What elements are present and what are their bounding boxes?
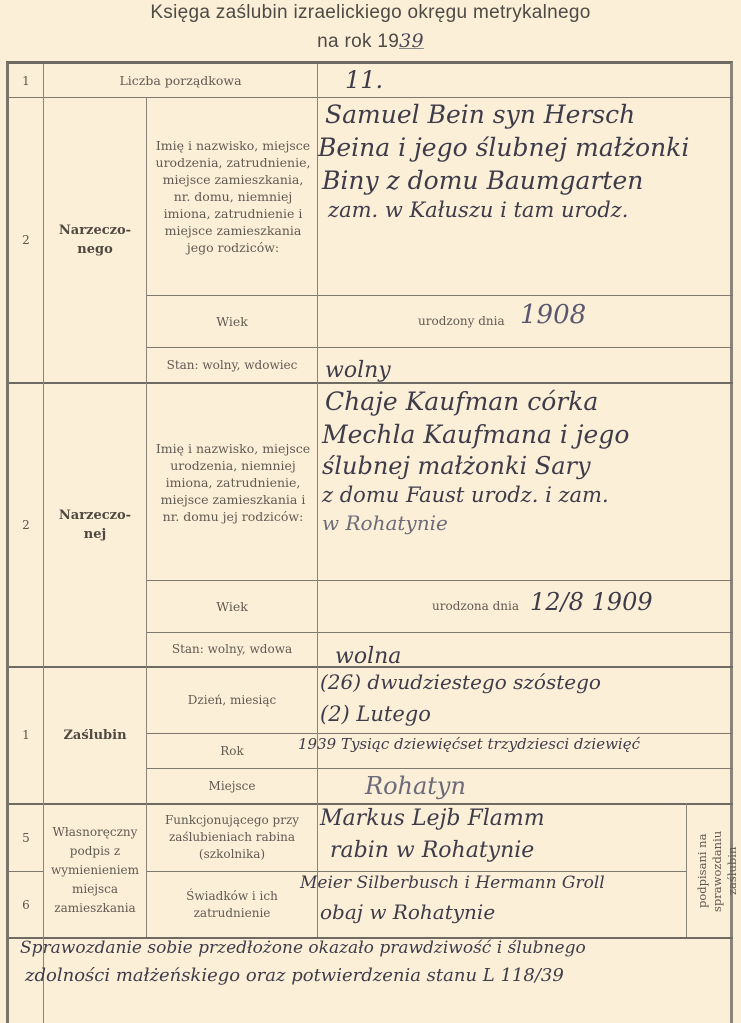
row-number: 5: [9, 804, 43, 871]
footer-note-line1: Sprawozdanie sobie przedłożone okazało p…: [20, 938, 586, 958]
bride-status-value: wolna: [335, 644, 401, 669]
marriage-place-label: Miejsce: [147, 769, 317, 803]
marriage-year-label: Rok: [147, 734, 317, 768]
marriage-year-value: 1939 Tysiąc dziewięćset trzydziesci dzie…: [298, 735, 640, 753]
witnesses-signature-line2: obaj w Rohatynie: [320, 900, 495, 924]
groom-age-label: Wiek: [147, 296, 317, 347]
witnesses-label: Świadków i ich zatrudnienie: [150, 872, 314, 937]
marriage-place-value: Rohatyn: [365, 772, 466, 800]
signatures-side-note: podpisani na sprawozdaniu zaślubin: [695, 808, 729, 934]
bride-section-label: Narzeczo- nej: [44, 383, 146, 666]
handwritten-line: zam. w Kałuszu i tam urodz.: [328, 198, 628, 222]
bride-details-label: Imię i nazwisko, miejsce urodzenia, niem…: [152, 383, 314, 581]
groom-status-label: Stan: wolny, wdowiec: [147, 348, 317, 382]
rabbi-signature-line1: Markus Lejb Flamm: [320, 806, 545, 831]
handwritten-line: Chaje Kaufman córka: [325, 387, 598, 416]
groom-section-label: Narzeczo- nego: [44, 97, 146, 382]
rabbi-label: Funkcjonującego przy zaślubieniach rabin…: [150, 804, 314, 871]
row-number: 1: [9, 64, 43, 97]
witnesses-signature-line1: Meier Silberbusch i Hermann Groll: [300, 873, 605, 893]
marriage-month-value: (2) Lutego: [320, 702, 431, 726]
handwritten-line: ślubnej małżonki Sary: [322, 452, 591, 480]
divider: [146, 97, 147, 937]
handwritten-line: w Rohatynie: [322, 511, 448, 535]
divider: [686, 803, 687, 937]
row-number: 2: [9, 97, 43, 382]
ordinal-value: 11.: [345, 66, 383, 94]
groom-status-value: wolny: [325, 358, 391, 383]
bride-status-label: Stan: wolny, wdowa: [147, 633, 317, 666]
handwritten-line: Beina i jego ślubnej małżonki: [318, 133, 689, 162]
marriage-day-month-label: Dzień, miesiąc: [147, 667, 317, 733]
row-number: 6: [9, 872, 43, 937]
signatures-section-label: Własnoręczny podpis z wymienieniem miejs…: [48, 804, 142, 937]
handwritten-year: 39: [399, 30, 424, 52]
register-year-line: na rok 1939: [0, 30, 741, 53]
groom-age-prefix: urodzony dnia: [418, 313, 505, 330]
marriage-day-value: (26) dwudziestego szóstego: [320, 670, 601, 694]
handwritten-line: z domu Faust urodz. i zam.: [322, 483, 609, 507]
row-number: 1: [9, 667, 43, 803]
year-prefix: na rok 19: [317, 31, 399, 52]
handwritten-line: Samuel Bein syn Hersch: [325, 100, 635, 129]
divider: [317, 64, 318, 937]
ordinal-label: Liczba porządkowa: [44, 64, 317, 97]
bride-age-label: Wiek: [147, 581, 317, 632]
rabbi-signature-line2: rabin w Rohatynie: [330, 838, 534, 863]
register-title: Księga zaślubin izraelickiego okręgu met…: [0, 2, 741, 24]
row-number: 2: [9, 383, 43, 666]
handwritten-line: Biny z domu Baumgarten: [322, 166, 643, 195]
groom-birth-year: 1908: [520, 300, 586, 330]
marriage-section-label: Zaślubin: [44, 667, 146, 803]
footer-note-line2: zdolności małżeńskiego oraz potwierdzeni…: [25, 965, 564, 986]
groom-details-label: Imię i nazwisko, miejsce urodzenia, zatr…: [152, 97, 314, 295]
bride-birth-date: 12/8 1909: [530, 588, 653, 616]
bride-age-prefix: urodzona dnia: [432, 598, 519, 615]
handwritten-line: Mechla Kaufmana i jego: [322, 420, 629, 449]
